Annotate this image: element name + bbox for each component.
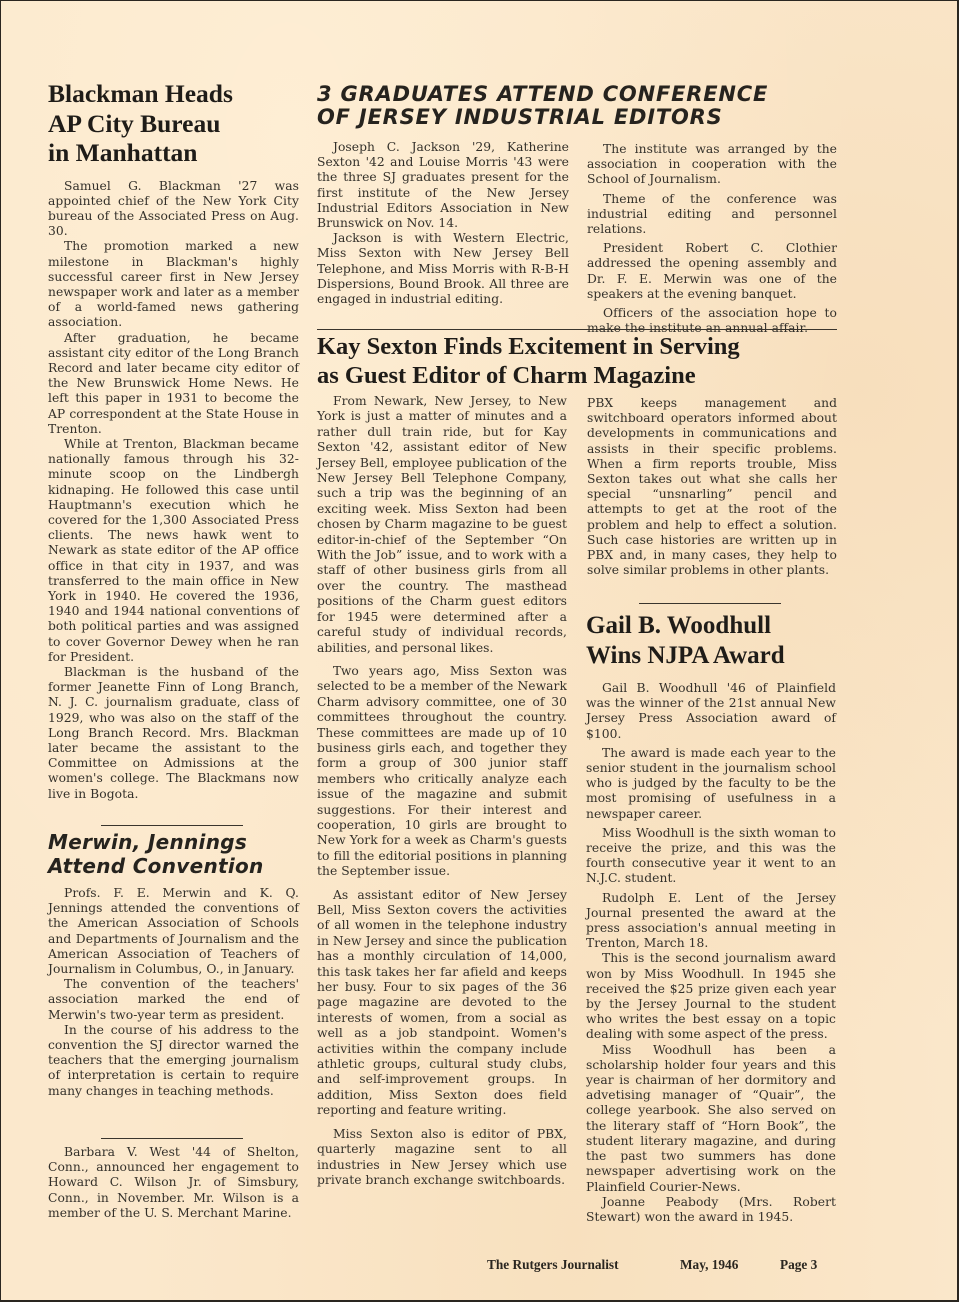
paragraph: The convention of the teachers' associat…: [48, 977, 299, 1023]
headline-line: Gail B. Woodhull: [586, 612, 771, 639]
paragraph: Samuel G. Blackman '27 was appointed chi…: [48, 179, 299, 240]
newspaper-page: Blackman Heads AP City Bureau in Manhatt…: [1, 1, 957, 1300]
paragraph: Profs. F. E. Merwin and K. Q. Jennings a…: [48, 886, 299, 977]
paragraph: The institute was arranged by the associ…: [587, 142, 837, 188]
paragraph: Rudolph E. Lent of the Jersey Journal pr…: [586, 891, 836, 952]
headline-line: in Manhattan: [48, 138, 198, 167]
paragraph: Blackman is the husband of the former Je…: [48, 665, 299, 802]
sexton-col2: PBX keeps management and switchboard ope…: [587, 396, 837, 578]
article-body: Profs. F. E. Merwin and K. Q. Jennings a…: [48, 886, 299, 1099]
article-body: Gail B. Woodhull '46 of Plainfield was t…: [586, 681, 836, 1225]
headline-graduates: 3 GRADUATES ATTEND CONFERENCE OF JERSEY …: [317, 83, 847, 129]
paragraph: While at Trenton, Blackman became nation…: [48, 437, 299, 665]
issue-date: May, 1946: [680, 1257, 780, 1273]
paragraph: The promotion marked a new milestone in …: [48, 239, 299, 330]
paragraph: Barbara V. West '44 of Shelton, Conn., a…: [48, 1145, 299, 1221]
paragraph: Joseph C. Jackson '29, Katherine Sexton …: [317, 140, 569, 231]
paragraph: Miss Sexton also is editor of PBX, quart…: [317, 1127, 567, 1189]
paragraph: Jackson is with Western Electric, Miss S…: [317, 231, 569, 307]
paragraph: As assistant editor of New Jersey Bell, …: [317, 888, 567, 1119]
headline-line: as Guest Editor of Charm Magazine: [317, 362, 696, 389]
article-woodhull: Gail B. Woodhull Wins NJPA Award Gail B.…: [586, 611, 846, 1225]
graduates-col2: The institute was arranged by the associ…: [587, 142, 837, 336]
paragraph: Two years ago, Miss Sexton was selected …: [317, 664, 567, 880]
publication-name: The Rutgers Journalist: [487, 1257, 680, 1273]
headline-line: 3 GRADUATES ATTEND CONFERENCE: [317, 82, 768, 106]
headline-line: Wins NJPA Award: [586, 642, 785, 669]
headline-line: Blackman Heads: [48, 79, 233, 108]
paragraph: This is the second journalism award won …: [586, 951, 836, 1042]
article-graduates: 3 GRADUATES ATTEND CONFERENCE OF JERSEY …: [317, 83, 847, 129]
headline-line: Attend Convention: [48, 854, 264, 878]
headline-line: Merwin, Jennings: [48, 830, 247, 854]
sexton-col1: From Newark, New Jersey, to New York is …: [317, 394, 567, 1188]
paragraph: President Robert C. Clothier addressed t…: [587, 241, 837, 302]
divider: [317, 329, 837, 330]
paragraph: Miss Woodhull has been a scholarship hol…: [586, 1043, 836, 1195]
headline-line: Kay Sexton Finds Excitement in Serving: [317, 333, 740, 360]
article-sexton: Kay Sexton Finds Excitement in Serving a…: [317, 332, 847, 390]
paragraph: PBX keeps management and switchboard ope…: [587, 396, 837, 578]
paragraph: Joanne Peabody (Mrs. Robert Stewart) won…: [586, 1195, 836, 1225]
paragraph: Theme of the conference was industrial e…: [587, 192, 837, 238]
page-number: Page 3: [780, 1257, 817, 1273]
graduates-col1: Joseph C. Jackson '29, Katherine Sexton …: [317, 140, 569, 307]
divider: [101, 825, 243, 826]
article-body: Samuel G. Blackman '27 was appointed chi…: [48, 179, 299, 802]
paragraph: Gail B. Woodhull '46 of Plainfield was t…: [586, 681, 836, 742]
headline-merwin: Merwin, Jennings Attend Convention: [48, 831, 303, 878]
headline-blackman: Blackman Heads AP City Bureau in Manhatt…: [48, 79, 303, 168]
article-west: Barbara V. West '44 of Shelton, Conn., a…: [48, 1145, 299, 1221]
page-footer: The Rutgers Journalist May, 1946 Page 3: [487, 1257, 847, 1273]
article-merwin: Merwin, Jennings Attend Convention Profs…: [48, 831, 303, 1099]
paragraph: After graduation, he became assistant ci…: [48, 331, 299, 437]
paragraph: From Newark, New Jersey, to New York is …: [317, 394, 567, 656]
divider: [101, 1138, 243, 1139]
paragraph: Miss Woodhull is the sixth woman to rece…: [586, 826, 836, 887]
headline-sexton: Kay Sexton Finds Excitement in Serving a…: [317, 332, 847, 390]
paragraph: In the course of his address to the conv…: [48, 1023, 299, 1099]
headline-line: OF JERSEY INDUSTRIAL EDITORS: [317, 105, 723, 129]
divider: [639, 603, 781, 604]
paragraph: The award is made each year to the senio…: [586, 746, 836, 822]
article-blackman: Blackman Heads AP City Bureau in Manhatt…: [48, 79, 303, 802]
headline-line: AP City Bureau: [48, 109, 220, 138]
headline-woodhull: Gail B. Woodhull Wins NJPA Award: [586, 611, 846, 671]
